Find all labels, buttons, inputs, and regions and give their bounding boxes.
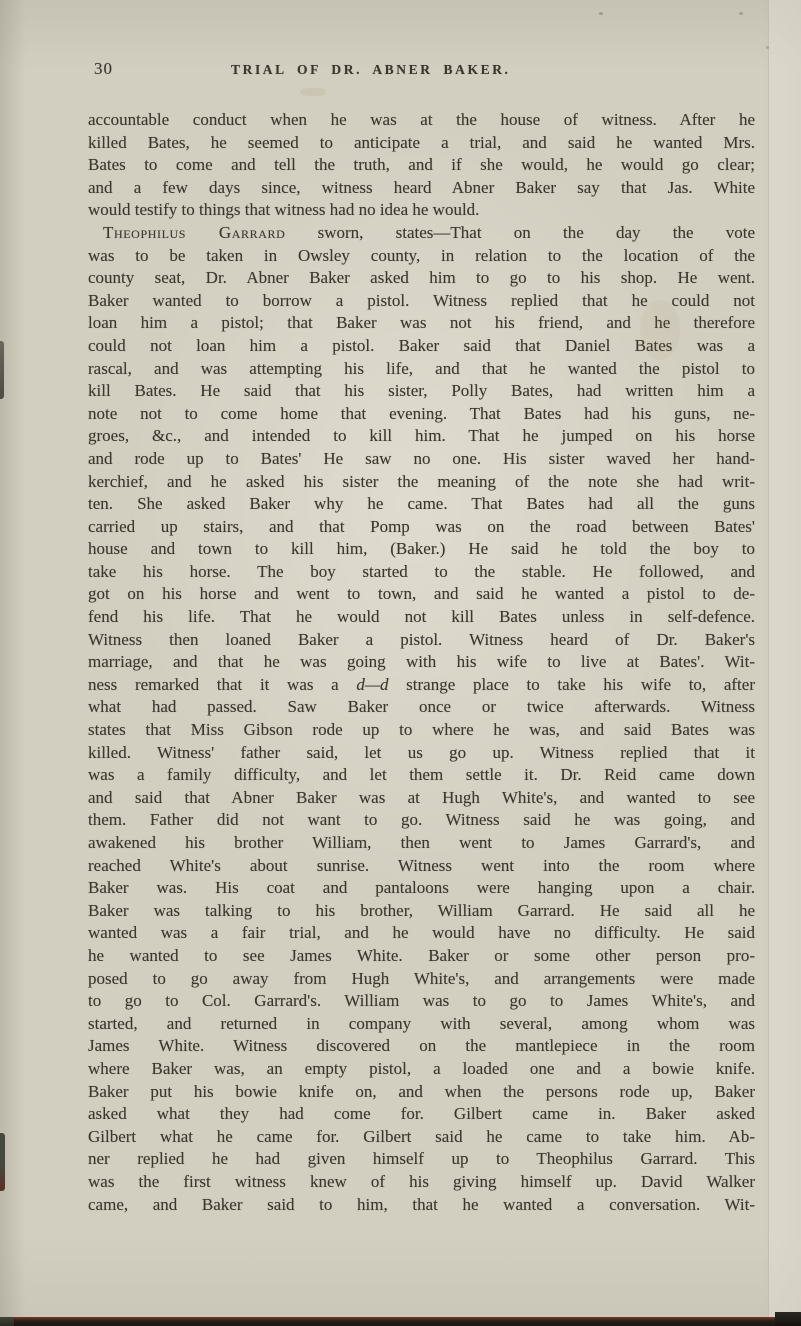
text-line: where Baker was, an empty pistol, a load… bbox=[88, 1058, 755, 1081]
text-line: killed Bates, he seemed to anticipate a … bbox=[88, 132, 755, 155]
text-line: groes, &c., and intended to kill him. Th… bbox=[88, 425, 755, 448]
text-line: posed to go away from Hugh White's, and … bbox=[88, 968, 755, 991]
bottom-edge-right-corner bbox=[775, 1312, 801, 1326]
text-line: take his horse. The boy started to the s… bbox=[88, 561, 755, 584]
text-line: ten. She asked Baker why he came. That B… bbox=[88, 493, 755, 516]
running-title: TRIAL OF DR. ABNER BAKER. bbox=[231, 62, 511, 78]
text-line: Witness then loaned Baker a pistol. Witn… bbox=[88, 629, 755, 652]
page-header: 30 TRIAL OF DR. ABNER BAKER. bbox=[0, 0, 801, 100]
book-page-scan: 30 TRIAL OF DR. ABNER BAKER. accountable… bbox=[0, 0, 801, 1326]
paragraph: accountable conduct when he was at the h… bbox=[88, 109, 755, 222]
text-line: fend his life. That he would not kill Ba… bbox=[88, 606, 755, 629]
italic-text: d—d bbox=[356, 675, 388, 694]
text-line: Baker put his bowie knife on, and when t… bbox=[88, 1081, 755, 1104]
text-line: rascal, and was attempting his life, and… bbox=[88, 358, 755, 381]
text-line: them. Father did not want to go. Witness… bbox=[88, 809, 755, 832]
text-block: accountable conduct when he was at the h… bbox=[88, 109, 755, 1216]
text-line: and rode up to Bates' He saw no one. His… bbox=[88, 448, 755, 471]
page-number: 30 bbox=[94, 59, 113, 79]
page-edge-smudge bbox=[0, 341, 4, 399]
foxing-speck bbox=[766, 46, 769, 49]
paper-stain bbox=[640, 300, 680, 360]
text-line: Bates to come and tell the truth, and if… bbox=[88, 154, 755, 177]
foxing-speck bbox=[739, 12, 743, 15]
book-bottom-edge bbox=[0, 1317, 801, 1326]
witness-name: Theophilus Garrard bbox=[103, 223, 285, 242]
text-line: to go to Col. Garrard's. William was to … bbox=[88, 990, 755, 1013]
text-line: was to be taken in Owsley county, in rel… bbox=[88, 245, 755, 268]
text-line: came, and Baker said to him, that he wan… bbox=[88, 1194, 755, 1217]
text-segment: sworn, states—That on the day the vote bbox=[285, 223, 755, 242]
text-line: and a few days since, witness heard Abne… bbox=[88, 177, 755, 200]
text-line: county seat, Dr. Abner Baker asked him t… bbox=[88, 267, 755, 290]
paper-stain bbox=[300, 88, 326, 96]
text-line: accountable conduct when he was at the h… bbox=[88, 109, 755, 132]
text-line: ness remarked that it was a d—d strange … bbox=[88, 674, 755, 697]
text-line: ner replied he had given himself up to T… bbox=[88, 1148, 755, 1171]
bottom-edge-left-corner bbox=[0, 1317, 14, 1326]
text-line: kerchief, and he asked his sister the me… bbox=[88, 471, 755, 494]
text-line: Gilbert what he came for. Gilbert said h… bbox=[88, 1126, 755, 1149]
paragraph: Theophilus Garrard sworn, states—That on… bbox=[88, 222, 755, 1216]
text-line: what had passed. Saw Baker once or twice… bbox=[88, 696, 755, 719]
text-line: asked what they had come for. Gilbert ca… bbox=[88, 1103, 755, 1126]
text-line: house and town to kill him, (Baker.) He … bbox=[88, 538, 755, 561]
text-line: got on his horse and went to town, and s… bbox=[88, 583, 755, 606]
text-line: marriage, and that he was going with his… bbox=[88, 651, 755, 674]
text-line: reached White's about sunrise. Witness w… bbox=[88, 855, 755, 878]
text-line: wanted was a fair trial, and he would ha… bbox=[88, 922, 755, 945]
text-line: killed. Witness' father said, let us go … bbox=[88, 742, 755, 765]
text-line: Baker was. His coat and pantaloons were … bbox=[88, 877, 755, 900]
text-line: awakened his brother William, then went … bbox=[88, 832, 755, 855]
text-segment: strange place to take his wife to, after bbox=[389, 675, 755, 694]
text-line: kill Bates. He said that his sister, Pol… bbox=[88, 380, 755, 403]
text-line: was the first witness knew of his giving… bbox=[88, 1171, 755, 1194]
foxing-speck bbox=[599, 12, 603, 15]
text-line: Theophilus Garrard sworn, states—That on… bbox=[88, 222, 755, 245]
text-line: James White. Witness discovered on the m… bbox=[88, 1035, 755, 1058]
text-line: carried up stairs, and that Pomp was on … bbox=[88, 516, 755, 539]
text-line: states that Miss Gibson rode up to where… bbox=[88, 719, 755, 742]
text-line: note not to come home that evening. That… bbox=[88, 403, 755, 426]
page-edge-highlight bbox=[768, 0, 801, 1317]
text-line: was a family difficulty, and let them se… bbox=[88, 764, 755, 787]
text-segment: ness remarked that it was a bbox=[88, 675, 356, 694]
text-line: and said that Abner Baker was at Hugh Wh… bbox=[88, 787, 755, 810]
text-line: would testify to things that witness had… bbox=[88, 199, 755, 222]
text-line: Baker was talking to his brother, Willia… bbox=[88, 900, 755, 923]
text-line: started, and returned in company with se… bbox=[88, 1013, 755, 1036]
text-line: he wanted to see James White. Baker or s… bbox=[88, 945, 755, 968]
page-edge-smudge bbox=[0, 1133, 5, 1191]
